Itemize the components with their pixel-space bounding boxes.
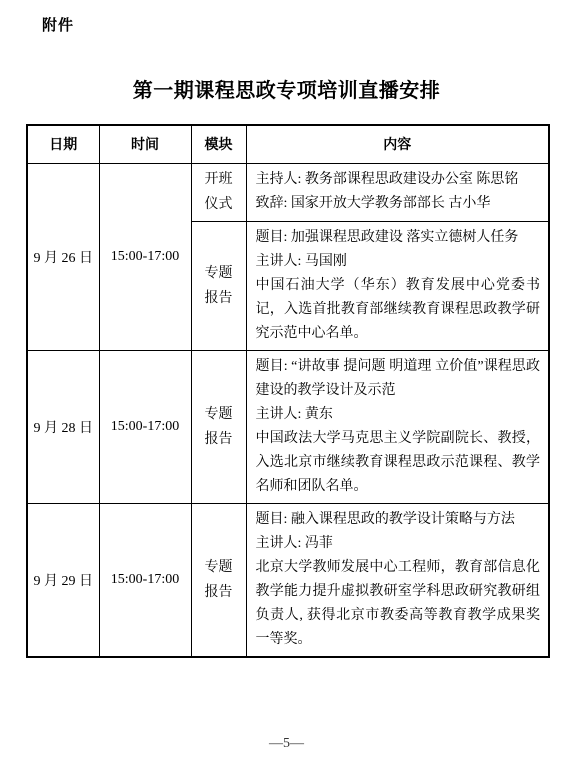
- page-number: —5—: [0, 736, 573, 752]
- document-title: 第一期课程思政专项培训直播安排: [0, 78, 573, 104]
- column-header-time: 时间: [99, 125, 191, 163]
- time-cell: 15:00-17:00: [99, 350, 191, 503]
- module-cell: 专题报告: [191, 221, 246, 350]
- content-paragraph: 中国石油大学（华东）教育发展中心党委书记，入选首批教育部继续教育课程思政教学研究…: [256, 274, 541, 346]
- table-row: 9 月 28 日 15:00-17:00 专题报告 题目: “讲故事 提问题 明…: [27, 350, 549, 503]
- content-paragraph: 中国政法大学马克思主义学院副院长、教授，入选北京市继续教育课程思政示范课程、教学…: [256, 427, 541, 499]
- column-header-content: 内容: [246, 125, 549, 163]
- table-row: 9 月 26 日 15:00-17:00 开班仪式 主持人: 教务部课程思政建设…: [27, 163, 549, 221]
- column-header-module: 模块: [191, 125, 246, 163]
- content-cell: 题目: 融入课程思政的教学设计策略与方法 主讲人: 冯菲 北京大学教师发展中心工…: [246, 503, 549, 657]
- module-cell: 专题报告: [191, 503, 246, 657]
- content-paragraph: 主讲人: 冯菲: [256, 532, 541, 556]
- time-cell: 15:00-17:00: [99, 503, 191, 657]
- content-cell: 主持人: 教务部课程思政建设办公室 陈思铭 致辞: 国家开放大学教务部部长 古小…: [246, 163, 549, 221]
- schedule-table: 日期 时间 模块 内容 9 月 26 日 15:00-17:00 开班仪式 主持…: [26, 124, 550, 658]
- module-cell: 专题报告: [191, 350, 246, 503]
- time-cell: 15:00-17:00: [99, 163, 191, 350]
- content-paragraph: 题目: “讲故事 提问题 明道理 立价值”课程思政建设的教学设计及示范: [256, 355, 541, 403]
- content-cell: 题目: 加强课程思政建设 落实立德树人任务 主讲人: 马国刚 中国石油大学（华东…: [246, 221, 549, 350]
- content-paragraph: 主讲人: 马国刚: [256, 250, 541, 274]
- date-cell: 9 月 28 日: [27, 350, 99, 503]
- module-cell: 开班仪式: [191, 163, 246, 221]
- content-paragraph: 题目: 融入课程思政的教学设计策略与方法: [256, 508, 541, 532]
- content-paragraph: 北京大学教师发展中心工程师，教育部信息化教学能力提升虚拟教研室学科思政研究教研组…: [256, 556, 541, 652]
- content-paragraph: 主讲人: 黄东: [256, 403, 541, 427]
- document-page: 附件 第一期课程思政专项培训直播安排 日期 时间 模块 内容 9 月 26 日 …: [0, 0, 573, 774]
- date-cell: 9 月 29 日: [27, 503, 99, 657]
- table-row: 9 月 29 日 15:00-17:00 专题报告 题目: 融入课程思政的教学设…: [27, 503, 549, 657]
- attachment-label: 附件: [42, 16, 573, 36]
- content-paragraph: 题目: 加强课程思政建设 落实立德树人任务: [256, 226, 541, 250]
- date-cell: 9 月 26 日: [27, 163, 99, 350]
- content-paragraph: 致辞: 国家开放大学教务部部长 古小华: [256, 192, 541, 216]
- column-header-date: 日期: [27, 125, 99, 163]
- table-header-row: 日期 时间 模块 内容: [27, 125, 549, 163]
- content-paragraph: 主持人: 教务部课程思政建设办公室 陈思铭: [256, 168, 541, 192]
- content-cell: 题目: “讲故事 提问题 明道理 立价值”课程思政建设的教学设计及示范 主讲人:…: [246, 350, 549, 503]
